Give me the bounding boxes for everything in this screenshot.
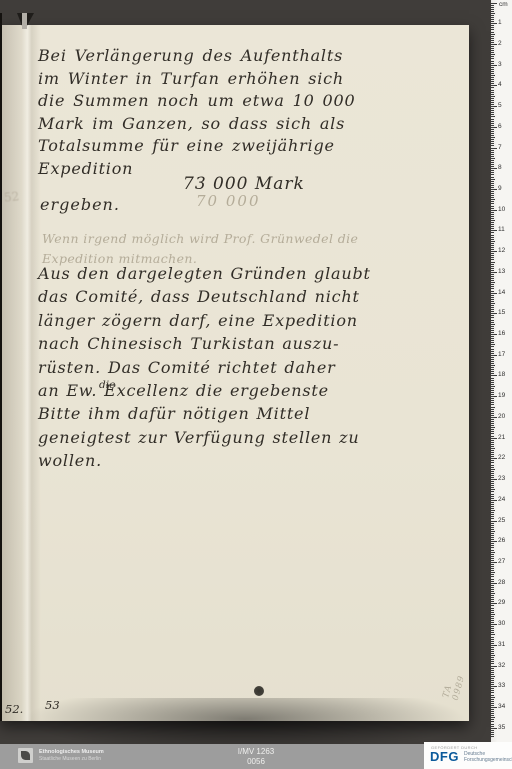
ruler-tick	[491, 483, 494, 484]
ruler-number: 20	[498, 414, 505, 420]
ruler-tick	[491, 597, 494, 598]
ruler-tick	[491, 36, 494, 37]
ruler-tick	[491, 427, 495, 428]
ruler-tick	[491, 328, 494, 329]
ruler-tick	[491, 402, 494, 403]
ruler-tick	[491, 562, 497, 563]
ruler-tick	[491, 276, 494, 277]
dfg-logo: DFG	[430, 750, 459, 764]
ruler-tick	[491, 183, 494, 184]
ruler-tick	[491, 653, 494, 654]
ruler-tick	[491, 396, 497, 397]
ruler-tick	[491, 423, 494, 424]
ruler-tick	[491, 85, 497, 86]
ruler-tick	[491, 172, 494, 173]
ruler-number: 28	[498, 580, 505, 586]
ruler-tick	[491, 181, 494, 182]
ruler-tick	[491, 398, 494, 399]
ruler-number: 6	[498, 124, 502, 130]
ruler-tick	[491, 616, 494, 617]
ruler-tick	[491, 460, 494, 461]
ruler-tick	[491, 340, 494, 341]
ruler-tick	[491, 94, 494, 95]
ruler-tick	[491, 599, 494, 600]
ruler-tick	[491, 114, 494, 115]
ruler-tick	[491, 456, 494, 457]
ergeben-label: ergeben.	[40, 195, 120, 214]
ruler-tick	[491, 309, 494, 310]
ruler-tick	[491, 697, 495, 698]
ruler-tick	[491, 195, 494, 196]
interlinear-insertion: die	[99, 379, 115, 391]
ruler-tick	[491, 303, 495, 304]
ruler-tick	[491, 259, 494, 260]
ruler-tick	[491, 54, 495, 55]
ruler-tick	[491, 247, 494, 248]
ruler-tick	[491, 508, 494, 509]
ruler-tick	[491, 458, 497, 459]
ruler-tick	[491, 564, 494, 565]
ruler-tick	[491, 280, 494, 281]
ruler-tick	[491, 63, 494, 64]
ruler-tick	[491, 491, 494, 492]
ruler-number: 9	[498, 186, 502, 192]
ruler-tick	[491, 116, 495, 117]
ruler-tick	[491, 411, 494, 412]
ruler-tick	[491, 168, 497, 169]
ruler-tick	[491, 268, 494, 269]
dfg-name-line2: Forschungsgemeinschaft	[464, 758, 512, 764]
ruler-tick	[491, 579, 494, 580]
ruler-tick	[491, 690, 494, 691]
ruler-tick	[491, 639, 494, 640]
ruler-tick	[491, 13, 495, 14]
ruler-tick	[491, 32, 494, 33]
ruler-unit-label: cm	[499, 1, 508, 8]
handwritten-line: Totalsumme für eine zweijährige	[38, 135, 355, 158]
ruler-tick	[491, 674, 494, 675]
ruler-tick	[491, 148, 497, 149]
ruler-tick	[491, 682, 494, 683]
handwritten-line: Mark im Ganzen, so dass sich als	[38, 113, 355, 136]
ruler-tick	[491, 695, 494, 696]
ruler-number: 17	[498, 352, 505, 358]
ruler-number: 5	[498, 103, 502, 109]
ruler-tick	[491, 239, 494, 240]
ruler-tick	[491, 721, 494, 722]
ruler-number: 3	[498, 62, 502, 68]
ruler-tick	[491, 610, 494, 611]
ruler-tick	[491, 293, 497, 294]
ruler-tick	[491, 438, 497, 439]
ruler-tick	[491, 707, 497, 708]
ruler-tick	[491, 212, 494, 213]
ruler-tick	[491, 25, 494, 26]
ruler-tick	[491, 587, 494, 588]
handwritten-line: die Summen noch um etwa 10 000	[38, 90, 355, 113]
ruler-tick	[491, 593, 495, 594]
ruler-tick	[491, 232, 494, 233]
ruler-tick	[491, 127, 497, 128]
ruler-number: 23	[498, 476, 505, 482]
ruler-tick	[491, 179, 495, 180]
handwritten-line: wollen.	[38, 449, 371, 472]
ruler-tick	[491, 728, 497, 729]
ruler-tick	[491, 218, 494, 219]
ruler-tick	[491, 98, 494, 99]
handwritten-paragraph-2: Aus den dargelegten Gründen glaubtdas Co…	[38, 262, 371, 473]
ruler-tick	[491, 203, 494, 204]
ruler-tick	[491, 264, 494, 265]
ruler-tick	[491, 626, 494, 627]
ruler-tick	[491, 504, 494, 505]
manuscript-page: Bei Verlängerung des Aufenthaltsim Winte…	[0, 25, 469, 721]
ruler-tick	[491, 307, 494, 308]
ruler-tick	[491, 160, 494, 161]
ruler-tick	[491, 527, 494, 528]
ruler-tick	[491, 382, 494, 383]
ruler-tick	[491, 591, 494, 592]
ruler-tick	[491, 506, 494, 507]
ruler-tick	[491, 514, 494, 515]
archival-number-note: TA 0989	[441, 668, 468, 701]
ruler-tick	[491, 119, 494, 120]
handwritten-line: Bitte ihm dafür nötigen Mittel	[38, 402, 371, 425]
ruler-tick	[491, 649, 494, 650]
ruler-tick	[491, 717, 495, 718]
ruler-number: 31	[498, 642, 505, 648]
ruler-tick	[491, 688, 494, 689]
ruler-tick	[491, 241, 495, 242]
ruler-tick	[491, 61, 494, 62]
ruler-tick	[491, 365, 495, 366]
ruler-tick	[491, 177, 494, 178]
ruler-tick	[491, 390, 494, 391]
ruler-number: 26	[498, 538, 505, 544]
ruler-number: 11	[498, 227, 505, 233]
ruler-tick	[491, 9, 494, 10]
ruler-tick	[491, 282, 495, 283]
handwritten-line: Bei Verlängerung des Aufenthalts	[38, 45, 355, 68]
ruler-tick	[491, 222, 494, 223]
ruler-tick	[491, 452, 494, 453]
ruler-tick	[491, 676, 495, 677]
ruler-tick	[491, 270, 494, 271]
ruler-tick	[491, 135, 494, 136]
ruler-tick	[491, 158, 495, 159]
ruler-tick	[491, 471, 494, 472]
ruler-tick	[491, 641, 494, 642]
ruler-tick	[491, 734, 494, 735]
ruler-tick	[491, 288, 494, 289]
ruler-tick	[491, 210, 497, 211]
ruler-tick	[491, 608, 494, 609]
ruler-tick	[491, 533, 494, 534]
ruler-tick	[491, 297, 494, 298]
ruler-tick	[491, 645, 497, 646]
ruler-number: 14	[498, 290, 505, 296]
ruler-tick	[491, 346, 494, 347]
ruler-tick	[491, 73, 494, 74]
ruler-tick	[491, 409, 494, 410]
ruler-tick	[491, 541, 497, 542]
ruler-tick	[491, 143, 494, 144]
ruler-tick	[491, 251, 497, 252]
footer-bar: Ethnologisches Museum Staatliche Museen …	[0, 744, 512, 769]
ruler-tick	[491, 618, 494, 619]
ruler-tick	[491, 141, 494, 142]
ruler-tick	[491, 442, 494, 443]
ruler-number: 22	[498, 455, 505, 461]
handwritten-line: Aus den dargelegten Gründen glaubt	[38, 262, 371, 285]
ruler-tick	[491, 214, 494, 215]
ruler-tick	[491, 726, 494, 727]
ruler-tick	[491, 355, 497, 356]
ruler-tick	[491, 705, 494, 706]
ruler-tick	[491, 404, 494, 405]
ruler-tick	[491, 601, 494, 602]
ruler-number: 12	[498, 248, 505, 254]
ruler-tick	[491, 326, 494, 327]
ruler-tick	[491, 525, 494, 526]
ruler-tick	[491, 628, 494, 629]
ruler-tick	[491, 338, 494, 339]
ruler-tick	[491, 487, 494, 488]
ruler-number: 30	[498, 621, 505, 627]
ruler-tick	[491, 313, 497, 314]
ruler-number: 24	[498, 497, 505, 503]
ruler-tick	[491, 284, 494, 285]
ruler-number: 29	[498, 600, 505, 606]
ruler-tick	[491, 253, 494, 254]
ruler-tick	[491, 291, 494, 292]
ruler-tick	[491, 605, 494, 606]
ruler-tick	[491, 560, 494, 561]
ruler-number: 25	[498, 518, 505, 524]
ruler-tick	[491, 736, 494, 737]
ruler-tick	[491, 58, 494, 59]
ruler-tick	[491, 713, 494, 714]
ruler-tick	[491, 199, 495, 200]
ruler-tick	[491, 75, 495, 76]
ruler-tick	[491, 342, 494, 343]
ruler-tick	[491, 191, 494, 192]
ruler-tick	[491, 643, 494, 644]
ruler-tick	[491, 415, 494, 416]
ruler-tick	[491, 531, 495, 532]
ruler-tick	[491, 413, 494, 414]
ruler-number: 15	[498, 310, 505, 316]
ruler-tick	[491, 349, 494, 350]
ruler-tick	[491, 137, 495, 138]
ruler-tick	[491, 320, 494, 321]
handwritten-line: im Winter in Turfan erhöhen sich	[38, 68, 355, 91]
ruler-tick	[491, 208, 494, 209]
ruler-number: 18	[498, 372, 505, 378]
ruler-tick	[491, 249, 494, 250]
ruler-tick	[491, 583, 497, 584]
dfg-name: Deutsche Forschungsgemeinschaft	[464, 752, 512, 763]
ruler-tick	[491, 521, 497, 522]
ruler-tick	[491, 581, 494, 582]
handwritten-line: rüsten. Das Comité richtet daher	[38, 356, 371, 379]
ruler-tick	[491, 467, 494, 468]
ruler-tick	[491, 481, 494, 482]
ruler-tick	[491, 305, 494, 306]
ruler-tick	[491, 69, 494, 70]
ruler-tick	[491, 552, 495, 553]
ruler-tick	[491, 255, 494, 256]
ruler-tick	[491, 237, 494, 238]
ruler-tick	[491, 3, 497, 4]
ruler-tick	[491, 431, 494, 432]
ruler-tick	[491, 336, 494, 337]
handwritten-paragraph-1: Bei Verlängerung des Aufenthaltsim Winte…	[38, 45, 355, 180]
ruler-number: 8	[498, 165, 502, 171]
ruler-tick	[491, 170, 494, 171]
ruler-number: 34	[498, 704, 505, 710]
ruler-tick	[491, 502, 494, 503]
ruler-tick	[491, 38, 494, 39]
ruler-tick	[491, 732, 494, 733]
ruler-tick	[491, 228, 494, 229]
ruler-tick	[491, 230, 497, 231]
ruler-tick	[491, 547, 494, 548]
ruler-number: 19	[498, 393, 505, 399]
ruler-tick	[491, 529, 494, 530]
ruler-tick	[491, 15, 494, 16]
ruler-tick	[491, 516, 494, 517]
ruler-tick	[491, 357, 494, 358]
ruler-tick	[491, 56, 494, 57]
ruler-tick	[491, 637, 494, 638]
handwritten-line: Wenn irgend möglich wird Prof. Grünwedel…	[42, 229, 358, 249]
ruler-tick	[491, 145, 494, 146]
ruler-tick	[491, 444, 494, 445]
ruler-tick	[491, 724, 494, 725]
ruler-tick	[491, 634, 495, 635]
ruler-tick	[491, 496, 494, 497]
ruler-tick	[491, 709, 494, 710]
ruler-tick	[491, 174, 494, 175]
ruler-tick	[491, 50, 494, 51]
handwritten-line: das Comité, dass Deutschland nicht	[38, 285, 371, 308]
ruler-tick	[491, 572, 495, 573]
ruler-tick	[491, 655, 495, 656]
ruler-tick	[491, 27, 494, 28]
ruler-tick	[491, 378, 494, 379]
ruler-number: 32	[498, 663, 505, 669]
ruler-tick	[491, 380, 494, 381]
ruler-tick	[491, 34, 495, 35]
ruler-tick	[491, 465, 494, 466]
ruler-tick	[491, 286, 494, 287]
ruler-tick	[491, 371, 494, 372]
ruler-number: 21	[498, 435, 505, 441]
ruler-tick	[491, 17, 494, 18]
amount-ink: 73 000 Mark	[183, 174, 305, 194]
ruler-tick	[491, 730, 494, 731]
ruler-tick	[491, 257, 494, 258]
ruler: cm 1234567891011121314151617181920212223…	[491, 0, 512, 742]
ruler-tick	[491, 104, 494, 105]
ruler-tick	[491, 129, 494, 130]
ruler-tick	[491, 106, 497, 107]
ruler-tick	[491, 632, 494, 633]
ruler-tick	[491, 235, 494, 236]
ruler-tick	[491, 363, 494, 364]
ruler-tick	[491, 446, 494, 447]
ruler-tick	[491, 112, 494, 113]
ruler-tick	[491, 121, 494, 122]
ruler-tick	[491, 332, 494, 333]
ruler-tick	[491, 40, 494, 41]
ruler-tick	[491, 518, 494, 519]
ruler-tick	[491, 71, 494, 72]
ruler-tick	[491, 400, 494, 401]
ruler-tick	[491, 67, 494, 68]
ruler-tick	[491, 23, 497, 24]
ruler-tick	[491, 7, 494, 8]
ruler-tick	[491, 680, 494, 681]
ruler-tick	[491, 29, 494, 30]
ruler-tick	[491, 477, 494, 478]
ruler-tick	[491, 361, 494, 362]
ruler-tick	[491, 46, 494, 47]
ruler-tick	[491, 614, 495, 615]
ruler-tick	[491, 585, 494, 586]
ruler-tick	[491, 133, 494, 134]
ruler-tick	[491, 353, 494, 354]
ruler-tick	[491, 523, 494, 524]
ruler-number: 10	[498, 207, 505, 213]
ruler-tick	[491, 344, 495, 345]
ruler-tick	[491, 622, 494, 623]
ruler-number: 35	[498, 725, 505, 731]
ruler-tick	[491, 715, 494, 716]
ruler-tick	[491, 672, 494, 673]
ruler-tick	[491, 317, 494, 318]
ruler-tick	[491, 77, 494, 78]
ruler-tick	[491, 156, 494, 157]
ruler-tick	[491, 699, 494, 700]
ruler-tick	[491, 154, 494, 155]
ruler-tick	[491, 589, 494, 590]
ruler-tick	[491, 108, 494, 109]
ruler-tick	[491, 670, 494, 671]
ruler-tick	[491, 558, 494, 559]
ruler-tick	[491, 11, 494, 12]
ruler-number: 4	[498, 82, 502, 88]
ruler-tick	[491, 272, 497, 273]
ruler-number: 33	[498, 683, 505, 689]
ruler-tick	[491, 81, 494, 82]
ruler-tick	[491, 595, 494, 596]
ruler-tick	[491, 630, 494, 631]
ruler-tick	[491, 711, 494, 712]
ruler-tick	[491, 216, 494, 217]
ruler-tick	[491, 624, 497, 625]
ruler-tick	[491, 162, 494, 163]
ruler-tick	[491, 425, 494, 426]
ruler-tick	[491, 5, 494, 6]
ruler-tick	[491, 543, 494, 544]
ruler-tick	[491, 545, 494, 546]
handwritten-line: nach Chinesisch Turkistan auszu-	[38, 332, 371, 355]
ruler-number: 2	[498, 41, 502, 47]
page-edge-tab	[22, 13, 27, 29]
ruler-tick	[491, 556, 494, 557]
